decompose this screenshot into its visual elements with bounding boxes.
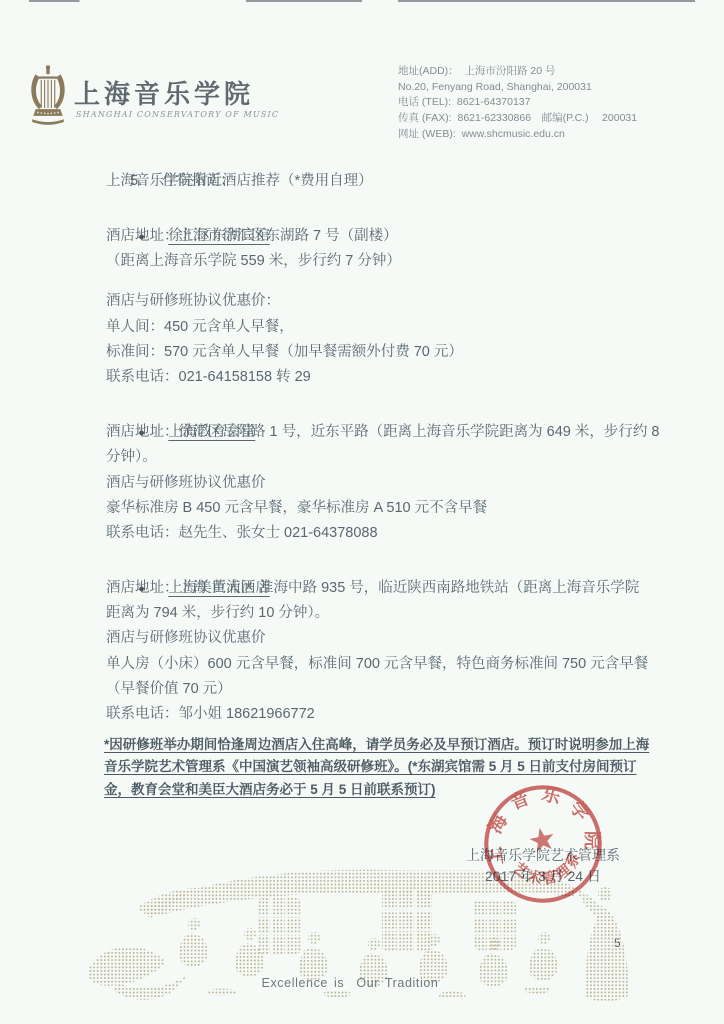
hotel-price-rooms: 豪华标准房 B 450 元含早餐，豪华标准房 A 510 元不含早餐 — [106, 496, 651, 521]
hotel-price-standard: 标准间：570 元含单人早餐（加早餐需额外付费 70 元） — [106, 340, 651, 365]
motto-text: Excellence is Our Tradition — [240, 976, 460, 990]
hotel-phone: 联系电话：021-64158158 转 29 — [106, 365, 651, 390]
hotel-name-line: ●上海美臣大酒店 — [106, 550, 651, 575]
intro-line: 上海音乐学院附近酒店推荐（*费用自理） — [106, 169, 651, 194]
hotel-name-line: ●上海教育会堂 — [106, 395, 651, 420]
hotel-section-meichen: ●上海美臣大酒店 酒店地址：上海 黄浦区 淮海中路 935 号，临近陕西南路地铁… — [106, 550, 651, 727]
contact-fax-postcode: 传真 (FAX): 8621-62330866 邮编(P.C.) 200031 — [398, 111, 637, 127]
logo-name-en: SHANGHAI CONSERVATORY OF MUSIC — [76, 110, 279, 119]
logo-name-cn: 上海音乐学院 — [74, 74, 254, 111]
contact-tel: 电话 (TEL): 8621-64370137 — [398, 95, 637, 111]
hotel-name-line: ●徐汇区东湖宾馆 — [106, 199, 651, 224]
hotel-breakfast-note: （早餐价值 70 元） — [106, 677, 651, 702]
hotel-distance: （距离上海音乐学院 559 米，步行约 7 分钟） — [106, 249, 651, 274]
seal-star-icon — [528, 825, 557, 853]
document-body: 5.住宿指南： 上海音乐学院附近酒店推荐（*费用自理） ●徐汇区东湖宾馆 酒店地… — [106, 144, 651, 801]
contact-web: 网址 (WEB): www.shcmusic.edu.cn — [398, 127, 637, 143]
hotel-price-header: 酒店与研修班协议优惠价： — [106, 289, 651, 314]
hotel-phone: 联系电话：邹小姐 18621966772 — [106, 702, 651, 727]
official-seal: 上海音乐学院 艺术管理系 — [467, 768, 619, 920]
hotel-section-donghu: ●徐汇区东湖宾馆 酒店地址：上海市徐汇区东湖路 7 号（副楼） （距离上海音乐学… — [106, 199, 651, 391]
lyre-emblem-icon — [30, 64, 66, 126]
hotel-address-cont: 分钟）。 — [106, 445, 651, 470]
hotel-price-single: 单人间：450 元含单人早餐， — [106, 315, 651, 340]
hotel-address: 酒店地址：上海市徐汇区东湖路 7 号（副楼） — [106, 224, 651, 249]
scan-artifact-line — [0, 0, 724, 2]
section-heading: 5.住宿指南： — [106, 144, 651, 169]
hotel-address: 酒店地址：上海 黄浦区 淮海中路 935 号，临近陕西南路地铁站（距离上海音乐学… — [106, 576, 651, 601]
contact-block: 地址(ADD)： 上海市汾阳路 20 号 No.20, Fenyang Road… — [398, 64, 637, 143]
hotel-address-cont: 距离为 794 米，步行约 10 分钟）。 — [106, 601, 651, 626]
hotel-price-header: 酒店与研修班协议优惠价 — [106, 471, 651, 496]
hotel-section-jiaoyu-huitang: ●上海教育会堂 酒店地址：徐汇区岳阳路 1 号，近东平路（距离上海音乐学院距离为… — [106, 395, 651, 547]
hotel-price-header: 酒店与研修班协议优惠价 — [106, 626, 651, 651]
hotel-price-rooms: 单人房（小床）600 元含早餐，标准间 700 元含早餐，特色商务标准间 750… — [106, 652, 651, 677]
contact-address-cn: 地址(ADD)： 上海市汾阳路 20 号 — [398, 64, 637, 80]
hotel-address: 酒店地址：徐汇区岳阳路 1 号，近东平路（距离上海音乐学院距离为 649 米，步… — [106, 420, 651, 445]
hotel-phone: 联系电话：赵先生、张女士 021-64378088 — [106, 521, 651, 546]
contact-address-en: No.20, Fenyang Road, Shanghai, 200031 — [398, 80, 637, 96]
